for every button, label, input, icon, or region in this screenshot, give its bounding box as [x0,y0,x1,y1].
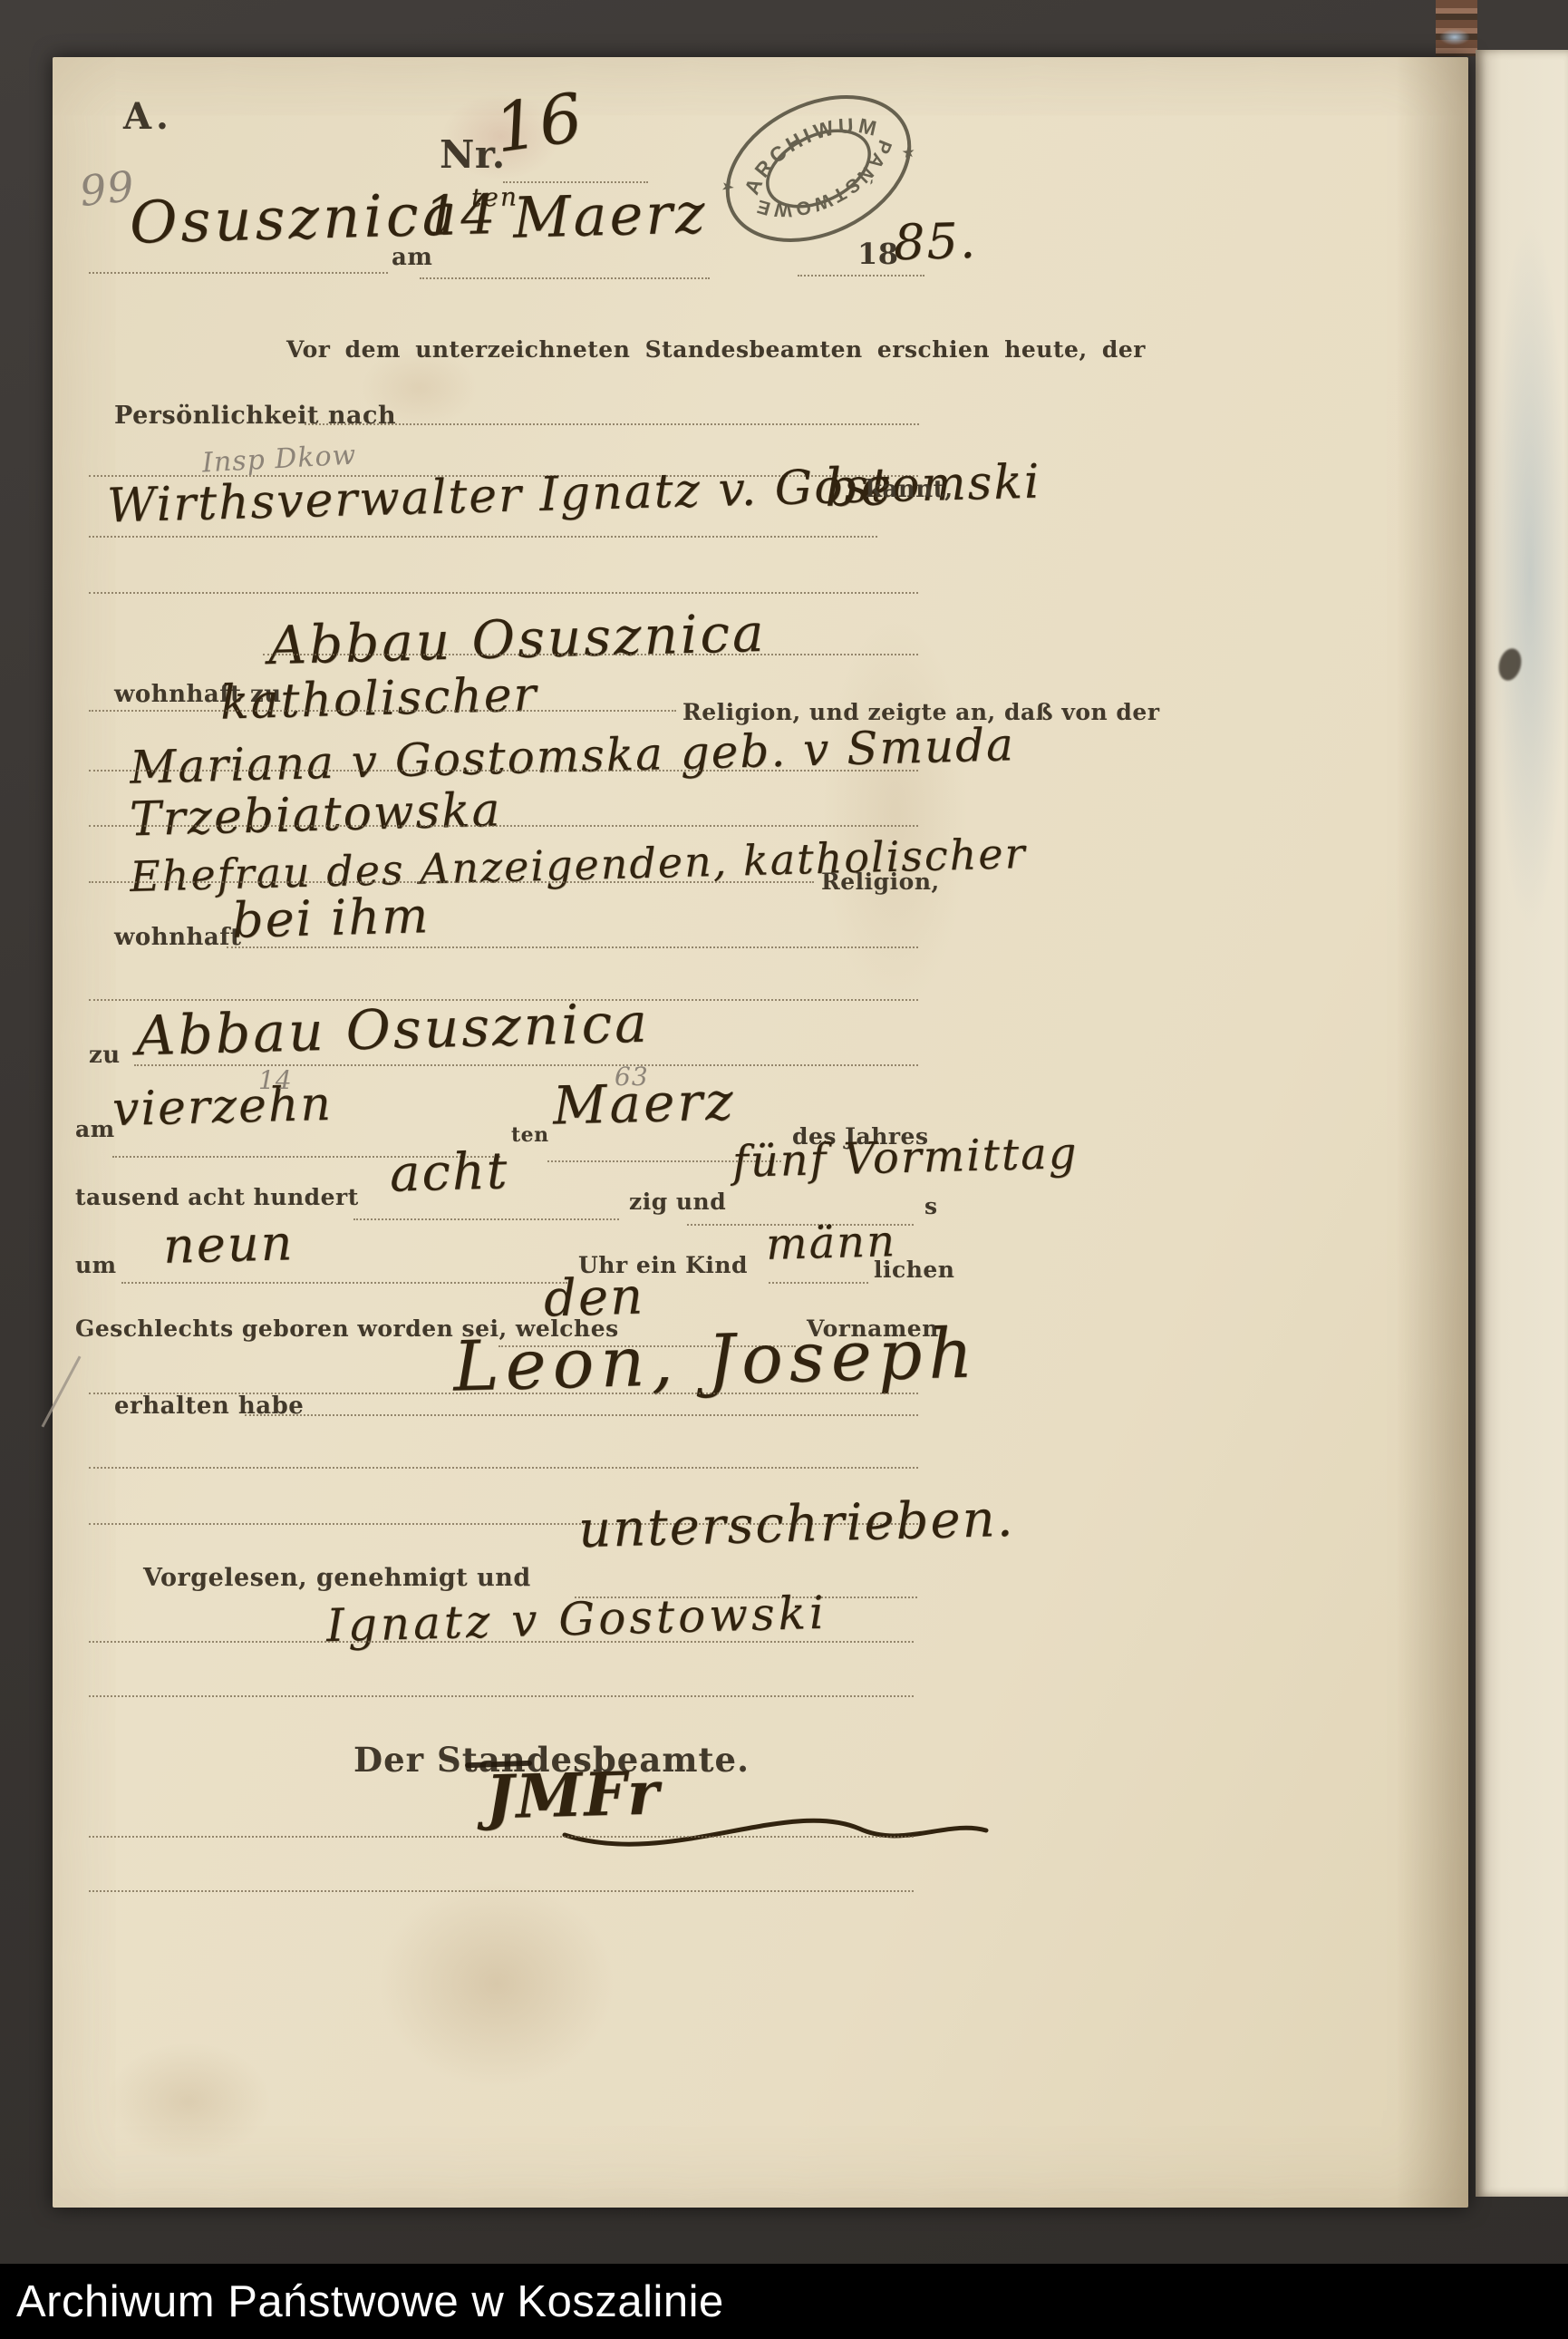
birthplace-handwritten: Abbau Osusznica [135,992,651,1069]
dotted-line [134,1064,918,1066]
dotted-line [89,272,388,274]
year-handwritten: 85. [893,212,978,271]
nr-label: Nr. [440,132,506,177]
year-century-printed: 18 [857,237,899,271]
dotted-line [89,1695,914,1697]
stamp-star-left-icon: ★ [717,176,740,199]
dotted-line [89,536,877,538]
birth-day-handwritten: vierzehn [111,1077,333,1137]
dotted-line [121,1282,567,1284]
persoenlichkeit-label: Persönlichkeit nach [114,402,396,430]
decade-handwritten: acht [389,1141,509,1203]
unterschrieben-handwritten: unterschrieben. [577,1490,1015,1560]
dotted-line [89,592,918,594]
mother-name-handwritten: Mariana v Gostomska geb. v Smuda [129,718,1015,794]
book-headband [1436,0,1477,56]
hour-handwritten: neun [162,1214,295,1275]
headband-speck [1439,29,1470,45]
pencil-page-number: 99 [77,161,137,216]
pencil-code-number: 63 [615,1062,649,1092]
dotted-line [89,1836,914,1838]
year-time-handwritten: fünf Vormittag [731,1128,1079,1188]
pencil-slash-mark [42,1355,82,1427]
s-suffix-printed: s [924,1193,938,1219]
zu-label: zu [89,1042,121,1069]
bekannt-printed-fragment: kannt, [866,476,953,503]
dotted-line [420,277,710,279]
archive-label-bar: Archiwum Państwowe w Koszalinie [0,2264,1568,2339]
vorgelesen-label: Vorgelesen, genehmigt und [143,1564,531,1592]
residence-handwritten: Abbau Osusznica [267,602,767,676]
scanned-document-scene: A. 99 Nr. 16 ARCHIWUM PAŃSTWOWE ★ ★ Osus… [0,0,1568,2339]
dotted-line [227,946,918,948]
adjacent-page-edge [1476,50,1568,2197]
um-label: um [75,1252,117,1278]
dotted-line [305,423,919,425]
form-letter-a: A. [123,95,173,138]
dotted-line [89,710,676,712]
page-edge-smudge [1492,222,1568,929]
tausend-label: tausend acht hundert [75,1184,359,1210]
mother-surname-handwritten: Trzebiatowska [129,783,502,848]
pencil-day-number: 14 [258,1065,293,1095]
dotted-line [263,654,918,655]
dotted-line [245,1414,918,1416]
month-handwritten: Maerz [512,180,708,251]
dotted-line [89,1467,918,1469]
zig-und-label: zig und [629,1189,726,1215]
dotted-line [353,1218,619,1220]
intro-printed-line: Vor dem unterzeichneten Standesbeamten e… [286,336,1146,363]
religion-printed: Religion, [821,869,940,895]
dotted-line [89,1890,914,1892]
record-number-handwritten: 16 [489,79,588,169]
dotted-line [89,881,814,883]
page-fold-shade [1396,57,1468,2208]
am-birth-label: am [75,1116,115,1142]
certificate-page: A. 99 Nr. 16 ARCHIWUM PAŃSTWOWE ★ ★ Osus… [53,57,1468,2208]
dotted-line [769,1282,868,1284]
wohnhaft-label: wohnhaft [114,924,241,951]
dotted-line [798,275,924,277]
stamp-star-right-icon: ★ [901,143,916,162]
paper-stain [379,1879,615,2088]
dotted-line [89,1641,914,1643]
father-religion-handwritten: katholischer [219,667,538,730]
dotted-line [89,770,918,772]
paper-stain [823,619,968,1009]
dotted-line [89,825,918,827]
archive-label-text: Archiwum Państwowe w Koszalinie [16,2276,724,2327]
registrar-signature-flourish [560,1785,995,1867]
bei-ihm-handwritten: bei ihm [231,887,431,949]
paper-stain [107,2043,270,2160]
lichen-label: lichen [874,1257,954,1283]
ten-suffix-printed: ten [511,1123,549,1147]
den-handwritten: den [543,1267,645,1329]
